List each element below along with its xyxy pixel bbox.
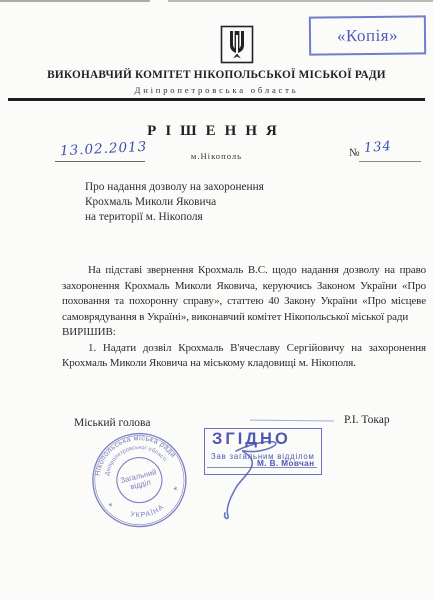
round-official-seal: Нікопольська міська рада Дніпропетровськ… xyxy=(79,419,201,545)
seal-star-right: * xyxy=(173,485,180,497)
number-underline xyxy=(359,161,421,162)
subject-line: Крохмаль Миколи Яковича xyxy=(85,195,264,210)
signatory-position: Міський голова xyxy=(74,417,150,429)
signatory-name: Р.І. Токар xyxy=(344,414,390,426)
document-title: РІШЕННЯ xyxy=(0,123,433,140)
ukraine-trident-icon xyxy=(220,25,254,70)
copy-stamp: «Копія» xyxy=(309,15,426,55)
date-underline xyxy=(55,161,145,162)
subject-line: на території м. Нікополя xyxy=(85,210,264,225)
header-rule xyxy=(8,98,425,101)
subject-line: Про надання дозволу на захоронення xyxy=(85,180,264,195)
scanned-decision-document: «Копія» ВИКОНАВЧИЙ КОМІТЕТ НІКОПОЛЬСЬКОЇ… xyxy=(0,0,433,600)
body-paragraph-1: На підставі звернення Крохмаль В.С. щодо… xyxy=(62,263,426,325)
number-sign: № xyxy=(349,147,360,159)
body-text: На підставі звернення Крохмаль В.С. щодо… xyxy=(62,263,426,372)
scan-artifact-line xyxy=(0,0,150,2)
subject-block: Про надання дозволу на захоронення Крохм… xyxy=(85,180,264,225)
scan-artifact-line xyxy=(168,0,433,2)
handwritten-signature xyxy=(192,424,332,529)
region-name: Дніпропетровська область xyxy=(0,85,433,95)
copy-stamp-label: «Копія» xyxy=(337,25,398,46)
handwritten-number: 134 xyxy=(364,139,393,156)
body-paragraph-2: 1. Надати дозвіл Крохмаль В'ячеславу Сер… xyxy=(62,341,426,372)
stamp-smear-line xyxy=(250,420,334,422)
resolution-word: ВИРІШИВ: xyxy=(62,325,426,341)
seal-star-left: * xyxy=(108,501,115,513)
organization-name: ВИКОНАВЧИЙ КОМІТЕТ НІКОПОЛЬСЬКОЇ МІСЬКОЇ… xyxy=(0,69,433,81)
